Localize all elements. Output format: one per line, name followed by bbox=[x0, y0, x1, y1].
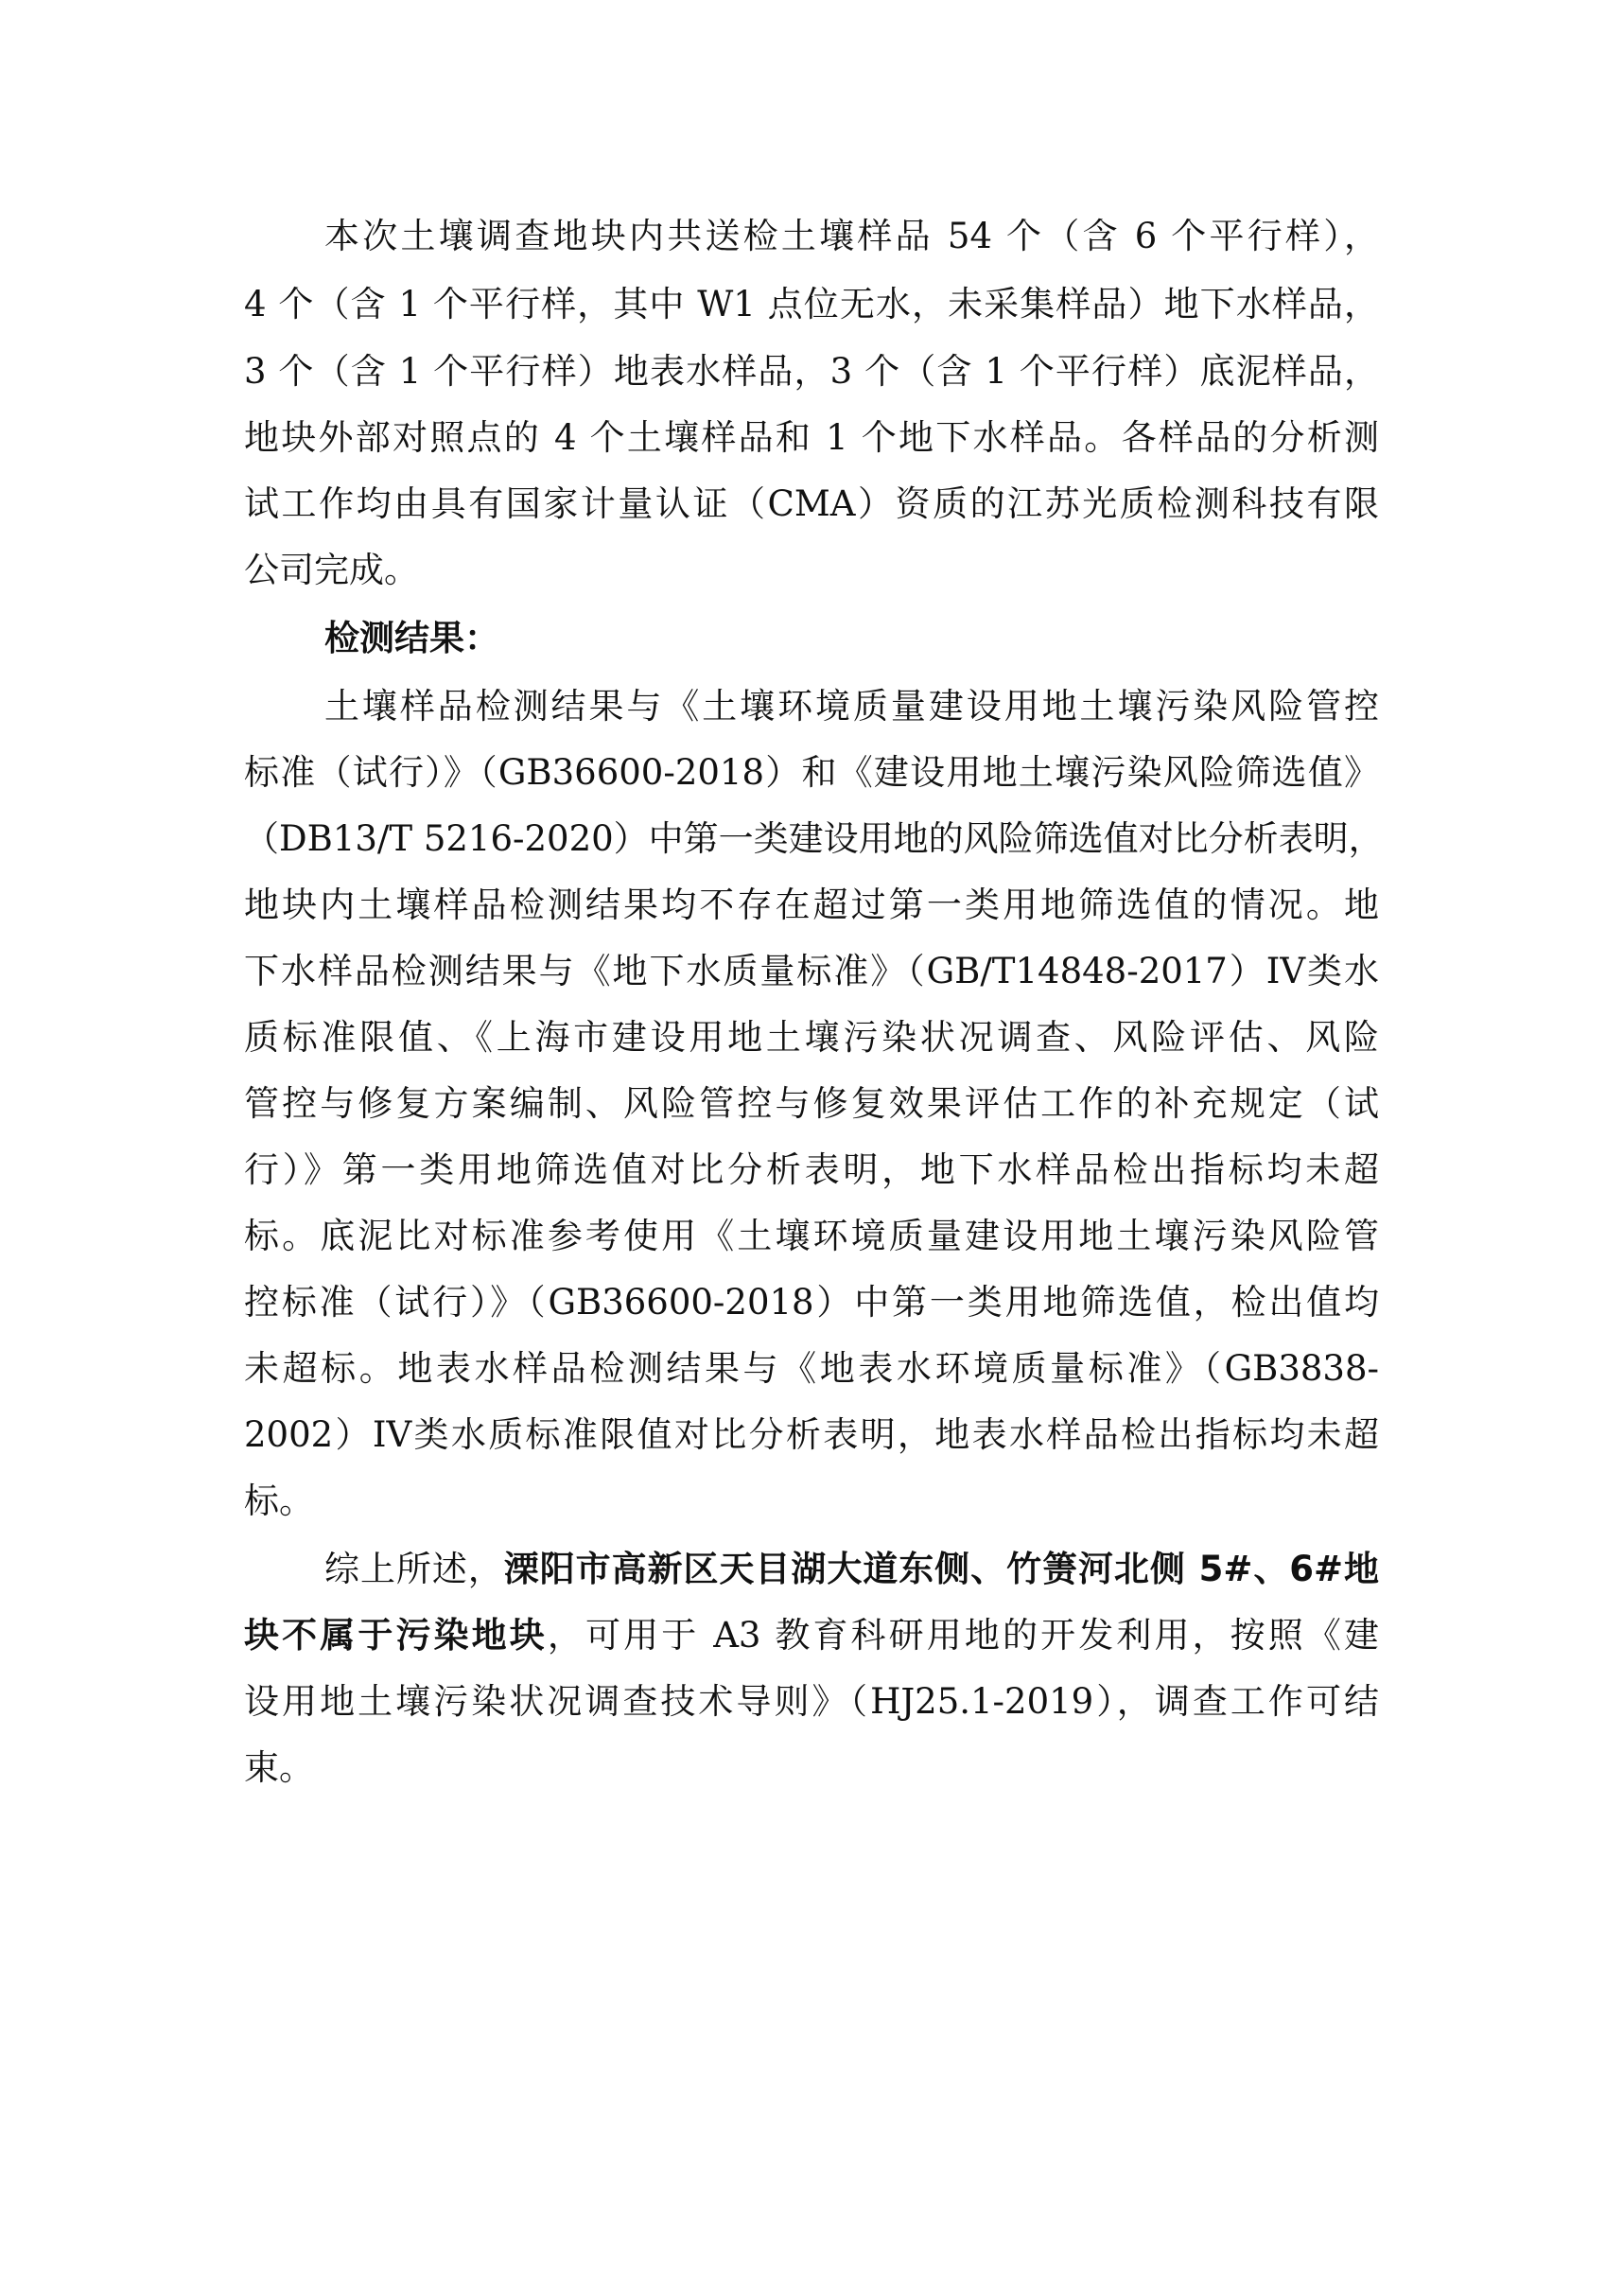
paragraph-results-line: 2002）IV类水质标准限值对比分析表明，地表水样品检出指标均未超 bbox=[244, 1402, 1379, 1468]
paragraph-samples-line: 3 个（含 1 个平行样）地表水样品，3 个（含 1 个平行样）底泥样品， bbox=[244, 339, 1379, 405]
paragraph-samples-line: 公司完成。 bbox=[244, 537, 1379, 604]
paragraph-samples-line: 本次土壤调查地块内共送检土壤样品 54 个（含 6 个平行样）， bbox=[324, 203, 1379, 270]
paragraph-conclusion-line: 束。 bbox=[244, 1735, 1379, 1801]
conclusion-prefix: 综上所述， bbox=[324, 1549, 504, 1589]
conclusion-verdict: 块不属于污染地块 bbox=[244, 1615, 548, 1656]
paragraph-samples-line: 4 个（含 1 个平行样，其中 W1 点位无水，未采集样品）地下水样品， bbox=[244, 272, 1379, 338]
paragraph-results-line: （DB13/T 5216-2020）中第一类建设用地的风险筛选值对比分析表明， bbox=[244, 806, 1379, 872]
document-page: 本次土壤调查地块内共送检土壤样品 54 个（含 6 个平行样）， 4 个（含 1… bbox=[0, 0, 1623, 2296]
paragraph-results-line: 未超标。地表水样品检测结果与《地表水环境质量标准》（GB3838- bbox=[244, 1336, 1379, 1402]
paragraph-results-line: 下水样品检测结果与《地下水质量标准》（GB/T14848-2017）IV类水 bbox=[244, 938, 1379, 1005]
paragraph-results-line: 标。底泥比对标准参考使用《土壤环境质量建设用地土壤污染风险管 bbox=[244, 1203, 1379, 1270]
paragraph-results-line: 管控与修复方案编制、风险管控与修复效果评估工作的补充规定（试 bbox=[244, 1071, 1379, 1137]
paragraph-results-line: 控标准（试行）》（GB36600-2018）中第一类用地筛选值，检出值均 bbox=[244, 1270, 1379, 1336]
paragraph-results-line: 土壤样品检测结果与《土壤环境质量建设用地土壤污染风险管控 bbox=[324, 674, 1379, 740]
paragraph-results-line: 地块内土壤样品检测结果均不存在超过第一类用地筛选值的情况。地 bbox=[244, 872, 1379, 938]
paragraph-conclusion-line: 设用地土壤污染状况调查技术导则》（HJ25.1-2019），调查工作可结 bbox=[244, 1669, 1379, 1735]
paragraph-results-line: 质标准限值、《上海市建设用地土壤污染状况调查、风险评估、风险 bbox=[244, 1005, 1379, 1071]
paragraph-results-line: 行）》第一类用地筛选值对比分析表明，地下水样品检出指标均未超 bbox=[244, 1137, 1379, 1203]
paragraph-conclusion-line: 综上所述，溧阳市高新区天目湖大道东侧、竹箦河北侧 5#、6#地 bbox=[324, 1536, 1379, 1603]
conclusion-usage: ，可用于 A3 教育科研用地的开发利用，按照《建 bbox=[548, 1615, 1379, 1656]
section-heading: 检测结果： bbox=[324, 605, 1379, 672]
paragraph-samples-line: 地块外部对照点的 4 个土壤样品和 1 个地下水样品。各样品的分析测 bbox=[244, 405, 1379, 471]
paragraph-results-line: 标准（试行）》（GB36600-2018）和《建设用地土壤污染风险筛选值》 bbox=[244, 740, 1379, 806]
conclusion-site-name: 溧阳市高新区天目湖大道东侧、竹箦河北侧 5#、6#地 bbox=[504, 1549, 1379, 1589]
paragraph-samples-line: 试工作均由具有国家计量认证（CMA）资质的江苏光质检测科技有限 bbox=[244, 471, 1379, 537]
paragraph-results-line: 标。 bbox=[244, 1468, 1379, 1534]
paragraph-conclusion-line: 块不属于污染地块，可用于 A3 教育科研用地的开发利用，按照《建 bbox=[244, 1603, 1379, 1669]
